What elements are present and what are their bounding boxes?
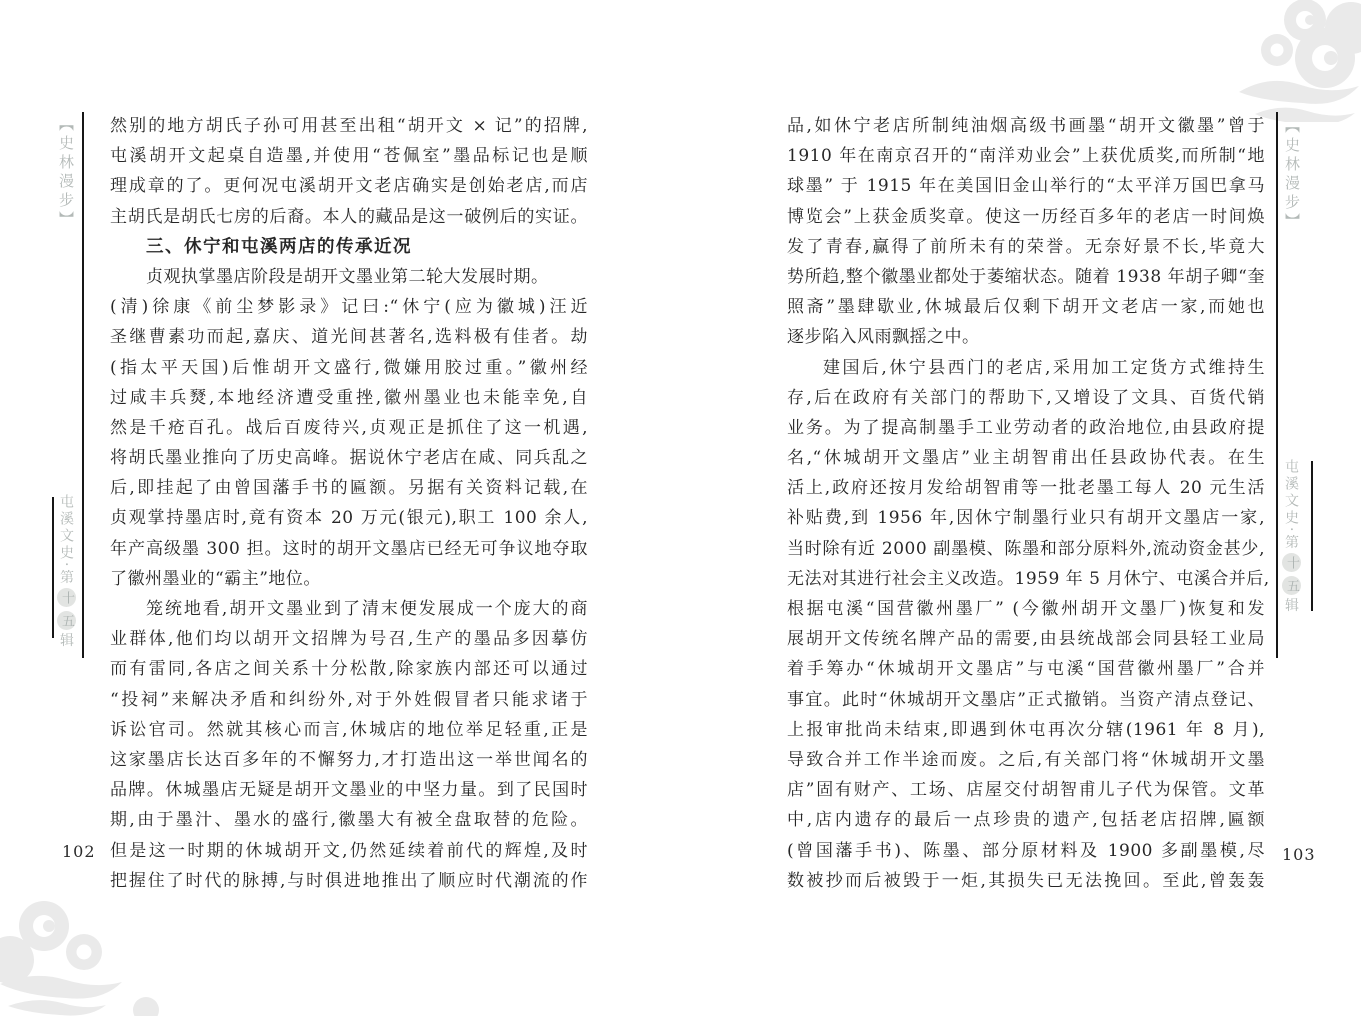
text-line: (曾国藩手书)、陈墨、部分原材料及 1900 多副墨模,尽 <box>787 836 1265 866</box>
text-line: 建国后,休宁县西门的老店,采用加工定货方式维持生 <box>787 353 1265 383</box>
collection-rule <box>52 497 54 638</box>
text-line: 年产高级墨 300 担。这时的胡开文墨店已经无可争议地夺取 <box>110 534 588 564</box>
text-line: 无法对其进行社会主义改造。1959 年 5 月休宁、屯溪合并后, <box>787 564 1265 594</box>
text-line: 上报审批尚未结束,即遇到休屯再次分辖(1961 年 8 月), <box>787 715 1265 745</box>
left-page-text-column: 然别的地方胡氏子孙可用甚至出租“胡开文 × 记”的招牌,屯溪胡开文起桌自造墨,并… <box>110 111 588 896</box>
text-line: 笼统地看,胡开文墨业到了清末便发展成一个庞大的商 <box>110 594 588 624</box>
text-line: 品牌。休城墨店无疑是胡开文墨业的中坚力量。到了民国时 <box>110 775 588 805</box>
text-line: 然别的地方胡氏子孙可用甚至出租“胡开文 × 记”的招牌, <box>110 111 588 141</box>
text-line: 着手筹办“休城胡开文墨店”与屯溪“国营徽州墨厂”合并 <box>787 654 1265 684</box>
text-line: 把握住了时代的脉搏,与时俱进地推出了顺应时代潮流的作 <box>110 866 588 896</box>
text-line: 业群体,他们均以胡开文招牌为号召,生产的墨品多因摹仿 <box>110 624 588 654</box>
margin-rule <box>82 112 84 658</box>
page-number: 102 <box>62 842 96 861</box>
collection-label-text: 辑 <box>58 632 74 649</box>
text-line: 理成章的了。更何况屯溪胡开文老店确实是创始老店,而店 <box>110 171 588 201</box>
text-line: 店”固有财产、工场、店屋交付胡智甫儿子代为保管。文革 <box>787 775 1265 805</box>
text-line: 展胡开文传统名牌产品的需要,由县统战部会同县轻工业局 <box>787 624 1265 654</box>
text-line: 了徽州墨业的“霸主”地位。 <box>110 564 588 594</box>
text-line: 屯溪胡开文起桌自造墨,并使用“苍佩室”墨品标记也是顺 <box>110 141 588 171</box>
text-line: 势所趋,整个徽墨业都处于萎缩状态。随着 1938 年胡子卿“奎 <box>787 262 1265 292</box>
text-line: 贞观掌持墨店时,竟有资本 20 万元(银元),职工 100 余人, <box>110 503 588 533</box>
text-line: 期,由于墨汁、墨水的盛行,徽墨大有被全盘取替的危险。 <box>110 805 588 835</box>
text-line: 但是这一时期的休城胡开文,仍然延续着前代的辉煌,及时 <box>110 836 588 866</box>
text-line: “投祠”来解决矛盾和纠纷外,对于外姓假冒者只能求诸于 <box>110 685 588 715</box>
text-line: 根据屯溪“国营徽州墨厂” (今徽州胡开文墨厂)恢复和发 <box>787 594 1265 624</box>
text-line: 中,店内遗存的最后一点珍贵的遗产,包括老店招牌,匾额 <box>787 805 1265 835</box>
text-line: 球墨” 于 1915 年在美国旧金山举行的“太平洋万国巴拿马 <box>787 171 1265 201</box>
series-label: 【史林漫步】 <box>56 116 77 230</box>
collection-label-text: 辑 <box>1283 597 1299 614</box>
text-line: 1910 年在南京召开的“南洋劝业会”上获优质奖,而所制“地 <box>787 141 1265 171</box>
text-line: 逐步陷入风雨飘摇之中。 <box>787 322 1265 352</box>
text-line: (清)徐康《前尘梦影录》记曰:“休宁(应为徽城)汪近 <box>110 292 588 322</box>
collection-label: 屯溪文史·第十五辑 <box>1281 459 1301 614</box>
series-label: 【史林漫步】 <box>1282 118 1303 232</box>
seal-badge: 五 <box>1282 576 1301 595</box>
text-line: 名,“休城胡开文墨店”业主胡智甫出任县政协代表。在生 <box>787 443 1265 473</box>
seal-badge: 五 <box>57 611 76 630</box>
text-line: 贞观执掌墨店阶段是胡开文墨业第二轮大发展时期。 <box>110 262 588 292</box>
text-line: 圣继曹素功而起,嘉庆、道光间甚著名,选料极有佳者。劫 <box>110 322 588 352</box>
seal-badge: 十 <box>57 588 76 607</box>
text-line: 导致合并工作半途而废。之后,有关部门将“休城胡开文墨 <box>787 745 1265 775</box>
text-line: 活上,政府还按月发给胡智甫等一批老墨工每人 20 元生活 <box>787 473 1265 503</box>
text-line: (指太平天国)后惟胡开文盛行,微嫌用胶过重。”徽州经 <box>110 353 588 383</box>
cloud-ornament-icon <box>0 898 160 1016</box>
text-line: 业务。为了提高制墨手工业劳动者的政治地位,由县政府提 <box>787 413 1265 443</box>
collection-label-text: 屯溪文史·第 <box>58 494 74 586</box>
text-line: 博览会”上获金质奖章。使这一历经百多年的老店一时间焕 <box>787 202 1265 232</box>
collection-label-text: 屯溪文史·第 <box>1283 459 1299 551</box>
collection-rule <box>1311 461 1313 611</box>
text-line: 数被抄而后被毁于一炬,其损失已无法挽回。至此,曾轰轰 <box>787 866 1265 896</box>
text-line: 诉讼官司。然就其核心而言,休城店的地位举足轻重,正是 <box>110 715 588 745</box>
text-line: 主胡氏是胡氏七房的后裔。本人的藏品是这一破例后的实证。 <box>110 202 588 232</box>
seal-badge: 十 <box>1282 553 1301 572</box>
text-line: 当时除有近 2000 副墨模、陈墨和部分原料外,流动资金甚少, <box>787 534 1265 564</box>
text-line: 过咸丰兵燹,本地经济遭受重挫,徽州墨业也未能幸免,自 <box>110 383 588 413</box>
text-line: 补贴费,到 1956 年,因休宁制墨行业只有胡开文墨店一家, <box>787 503 1265 533</box>
text-line: 后,即挂起了由曾国藩手书的匾额。另据有关资料记载,在 <box>110 473 588 503</box>
text-line: 发了青春,赢得了前所未有的荣誉。无奈好景不长,毕竟大 <box>787 232 1265 262</box>
collection-label: 屯溪文史·第十五辑 <box>56 494 76 649</box>
section-heading: 三、休宁和屯溪两店的传承近况 <box>110 232 588 262</box>
text-line: 这家墨店长达百多年的不懈努力,才打造出这一举世闻名的 <box>110 745 588 775</box>
margin-rule <box>1276 112 1278 658</box>
cloud-ornament-icon <box>1221 0 1361 122</box>
book-spread: 【史林漫步】 屯溪文史·第十五辑 102 【史林漫步】 屯溪文史·第十五辑 10… <box>0 0 1361 1016</box>
text-line: 品,如休宁老店所制纯油烟高级书画墨“胡开文徽墨”曾于 <box>787 111 1265 141</box>
page-number: 103 <box>1282 845 1316 864</box>
right-page-text-column: 品,如休宁老店所制纯油烟高级书画墨“胡开文徽墨”曾于1910 年在南京召开的“南… <box>787 111 1265 896</box>
text-line: 照斋”墨肆歇业,休城最后仅剩下胡开文老店一家,而她也 <box>787 292 1265 322</box>
text-line: 而有雷同,各店之间关系十分松散,除家族内部还可以通过 <box>110 654 588 684</box>
text-line: 事宜。此时“休城胡开文墨店”正式撤销。当资产清点登记、 <box>787 685 1265 715</box>
text-line: 将胡氏墨业推向了历史高峰。据说休宁老店在咸、同兵乱之 <box>110 443 588 473</box>
text-line: 然是千疮百孔。战后百废待兴,贞观正是抓住了这一机遇, <box>110 413 588 443</box>
text-line: 存,后在政府有关部门的帮助下,又增设了文具、百货代销 <box>787 383 1265 413</box>
